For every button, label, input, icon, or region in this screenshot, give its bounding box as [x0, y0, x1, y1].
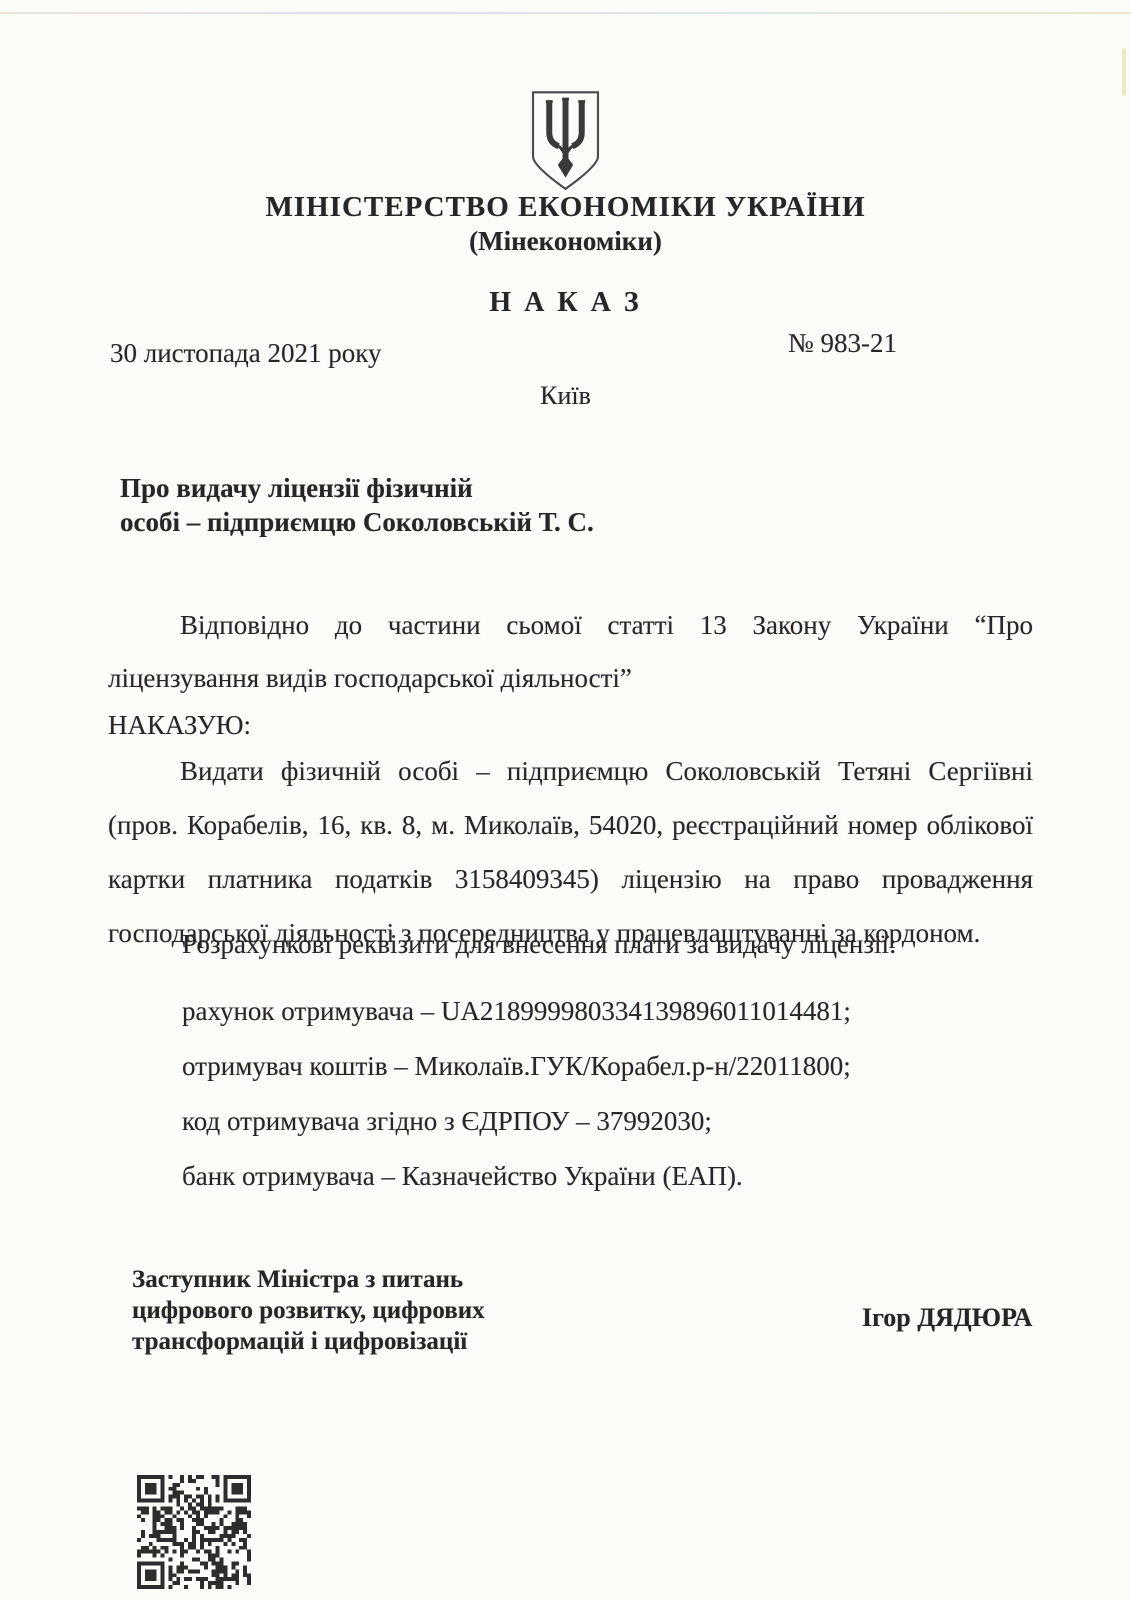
qr-code — [137, 1475, 251, 1589]
document-subject: Про видачу ліцензії фізичній особі – під… — [120, 471, 594, 539]
order-word: НАКАЗУЮ: — [108, 710, 251, 741]
ukraine-trident-emblem-icon — [517, 88, 614, 194]
signatory-title-line-3: трансформацій і цифровізації — [132, 1326, 485, 1357]
requisite-edrpou-code: код отримувача згідно з ЄДРПОУ – 3799203… — [182, 1094, 851, 1149]
scan-edge-artifact — [0, 12, 1131, 14]
signatory-name: Ігор ДЯДЮРА — [862, 1303, 1032, 1333]
scan-streak-artifact — [1122, 48, 1126, 96]
requisites-intro: Розрахункові реквізити для внесення плат… — [182, 929, 897, 960]
document-city: Київ — [0, 381, 1131, 411]
ministry-name: МІНІСТЕРСТВО ЕКОНОМІКИ УКРАЇНИ — [0, 191, 1131, 224]
paragraph-legal-basis: Відповідно до частини сьомої статті 13 З… — [108, 599, 1033, 705]
subject-line-1: Про видачу ліцензії фізичній — [120, 471, 594, 505]
requisites-list: рахунок отримувача – UA21899998033413989… — [182, 984, 851, 1204]
signatory-title-line-2: цифрового розвитку, цифрових — [132, 1295, 485, 1326]
document-date: 30 листопада 2021 року — [110, 338, 382, 369]
paragraph-order: Видати фізичній особі – підприємцю Сокол… — [108, 744, 1033, 960]
document-page: МІНІСТЕРСТВО ЕКОНОМІКИ УКРАЇНИ (Мінеконо… — [0, 0, 1131, 1600]
signatory-title: Заступник Міністра з питань цифрового ро… — [132, 1264, 485, 1357]
requisite-bank: банк отримувача – Казначейство України (… — [182, 1149, 851, 1204]
requisite-recipient: отримувач коштів – Миколаїв.ГУК/Корабел.… — [182, 1039, 851, 1094]
ministry-short-name: (Мінекономіки) — [0, 226, 1131, 257]
subject-line-2: особі – підприємцю Соколовській Т. С. — [120, 505, 594, 539]
signatory-title-line-1: Заступник Міністра з питань — [132, 1264, 485, 1295]
document-number: № 983-21 — [788, 328, 897, 359]
requisite-account: рахунок отримувача – UA21899998033413989… — [182, 984, 851, 1039]
document-type-heading: Н А К А З — [0, 287, 1131, 319]
